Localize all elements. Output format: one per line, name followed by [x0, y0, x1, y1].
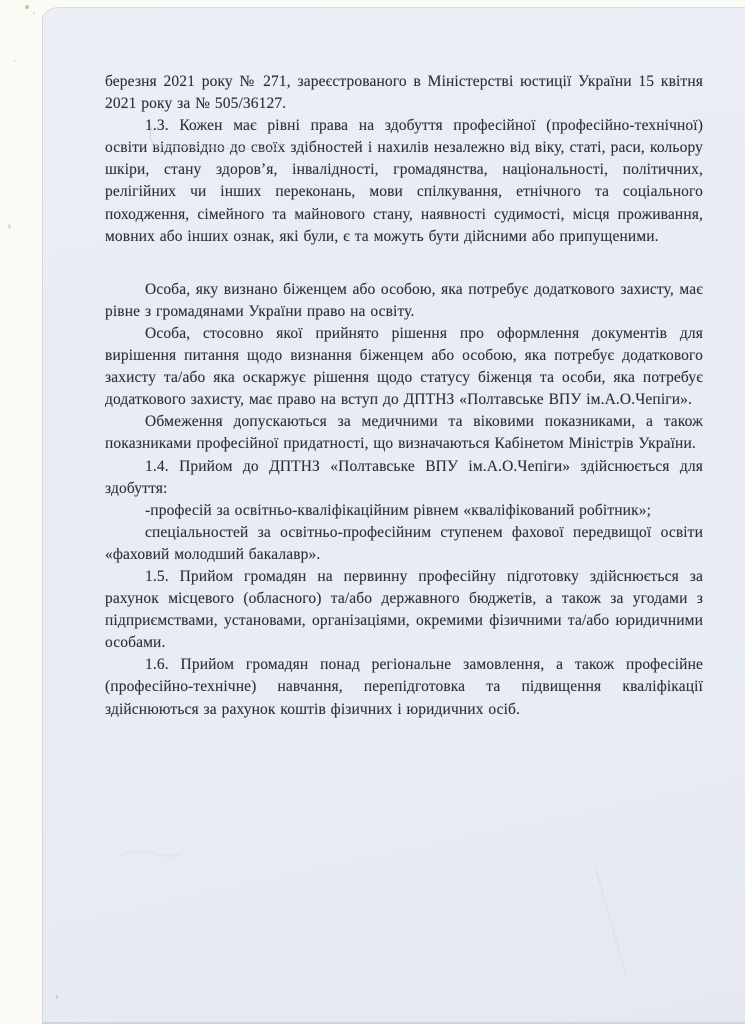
paragraph: 1.5. Прийом громадян на первинну професі…: [105, 566, 703, 654]
paragraph: спеціальностей за освітньо-професійним с…: [105, 522, 703, 566]
paragraph: Обмеження допускаються за медичними та в…: [105, 411, 703, 455]
dust-speck: [8, 224, 11, 229]
dust-speck: [56, 995, 58, 999]
paragraph: березня 2021 року № 271, зареєстрованого…: [105, 71, 703, 115]
dust-speck: [14, 60, 16, 62]
scanned-document: березня 2021 року № 271, зареєстрованого…: [0, 0, 745, 1024]
paragraph: 1.4. Прийом до ДПТНЗ «Полтавське ВПУ ім.…: [105, 456, 703, 500]
paragraph: Особа, стосовно якої прийнято рішення пр…: [105, 323, 703, 411]
dust-speck: [25, 5, 29, 9]
dust-speck: [33, 12, 35, 14]
document-page: березня 2021 року № 271, зареєстрованого…: [43, 8, 745, 1024]
paragraph: 1.3. Кожен має рівні права на здобуття п…: [105, 115, 703, 248]
document-text-block: березня 2021 року № 271, зареєстрованого…: [105, 71, 703, 721]
paragraph: 1.6. Прийом громадян понад регіональне з…: [105, 654, 703, 720]
paragraph: -професій за освітньо-кваліфікаційним рі…: [105, 500, 703, 522]
paragraph: Особа, яку визнано біженцем або особою, …: [105, 279, 703, 323]
